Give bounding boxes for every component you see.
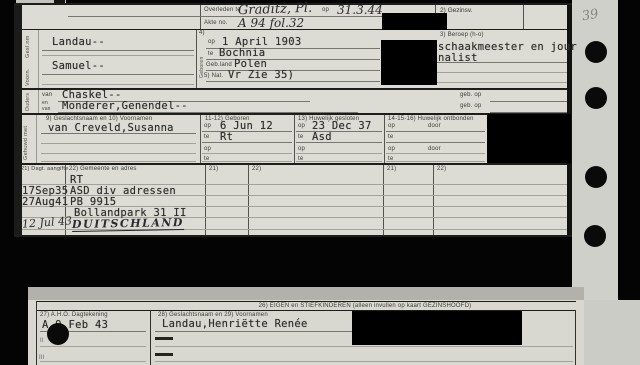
op-label: op [298, 146, 305, 152]
addr-col21-header: 21) [387, 166, 396, 172]
surname-section-label: Gesl.nm [25, 34, 31, 58]
page-corner [584, 300, 640, 365]
addr-header: 22) Gemeente en adres [69, 166, 137, 172]
parents-section-label: Ouders [25, 91, 31, 111]
op-label: op [204, 146, 211, 152]
address-row-date: 27Aug41 [22, 196, 68, 208]
punch-hole [585, 166, 607, 188]
mother-van-label: van [42, 106, 51, 112]
marriage-op-label: op [298, 123, 305, 129]
overleden-date-value: 31.3.44 [337, 3, 383, 17]
redaction-box [381, 40, 437, 85]
dissolved-door-label: door [428, 123, 441, 129]
birth-country-label: Geb.land [206, 62, 232, 68]
dissolved-door-label: door [428, 146, 441, 152]
spouse-section-label: Gehuwd met [23, 118, 29, 160]
punch-hole [47, 323, 69, 345]
birth-te-label: te [208, 51, 213, 57]
addr-col22-header: 22) [437, 166, 446, 172]
redaction-box [487, 114, 571, 163]
addr-date-header: 21) Dagt. aangifte [21, 166, 68, 172]
overleden-label: Overleden te [204, 7, 241, 13]
redaction-box [352, 311, 522, 345]
mother-geb-op-label: geb. op [460, 103, 481, 109]
nationality-value: Vr Zie 35) [228, 69, 294, 81]
addr-col21-header: 21) [209, 166, 218, 172]
akte-label: Akte no. [204, 20, 228, 26]
dissolved-header: 14-15-16) Huwelijk ontbonden [388, 116, 474, 122]
birth-op-label: op [208, 39, 215, 45]
redaction-box [382, 13, 447, 30]
punch-hole [585, 41, 607, 63]
spouse-birth-te-label: te [204, 134, 209, 140]
card-left-edge [14, 4, 22, 237]
op-label: op [322, 7, 329, 13]
dissolved-op-label: op [388, 123, 395, 129]
child-row-marker: II [40, 338, 44, 344]
father-geb-op-label: geb. op [460, 92, 481, 98]
address-hand-value: DUITSCHLAND [72, 216, 184, 232]
mother-name-value: Monderer,Genendel-- [62, 100, 188, 112]
addr-col22-header: 22) [252, 166, 261, 172]
firstname-section-label: Voorn. [25, 62, 31, 86]
child-row-name: Landau,Henriëtte Renée [162, 318, 308, 330]
children-header: 26) EIGEN en STIEFKINDEREN (alleen invul… [150, 303, 580, 309]
surname-value: Landau-- [52, 36, 105, 48]
firstname-value: Samuel-- [52, 60, 105, 72]
field4-label: 4) [199, 30, 205, 36]
scanned-archive-card-page: { "page": { "number_annotation": "39" },… [0, 0, 640, 365]
marriage-te-label: te [298, 134, 303, 140]
nationality-label: 5) Nat. [204, 73, 223, 79]
dissolved-op-label: op [388, 146, 395, 152]
punch-hole [584, 225, 606, 247]
dissolved-te-label: te [388, 134, 393, 140]
children-card-top-edge [28, 287, 584, 300]
akte-value: A 94 fol.32 [238, 16, 304, 30]
father-van-label: van [42, 92, 52, 98]
page-number-annotation: 39 [581, 7, 600, 25]
children-date-header: 27) A.H.O. Dagtekening [40, 312, 108, 318]
beroep-label: 3) Beroep (h-o) [440, 32, 484, 38]
spouse-birth-op-label: op [204, 123, 211, 129]
punch-hole [585, 87, 607, 109]
